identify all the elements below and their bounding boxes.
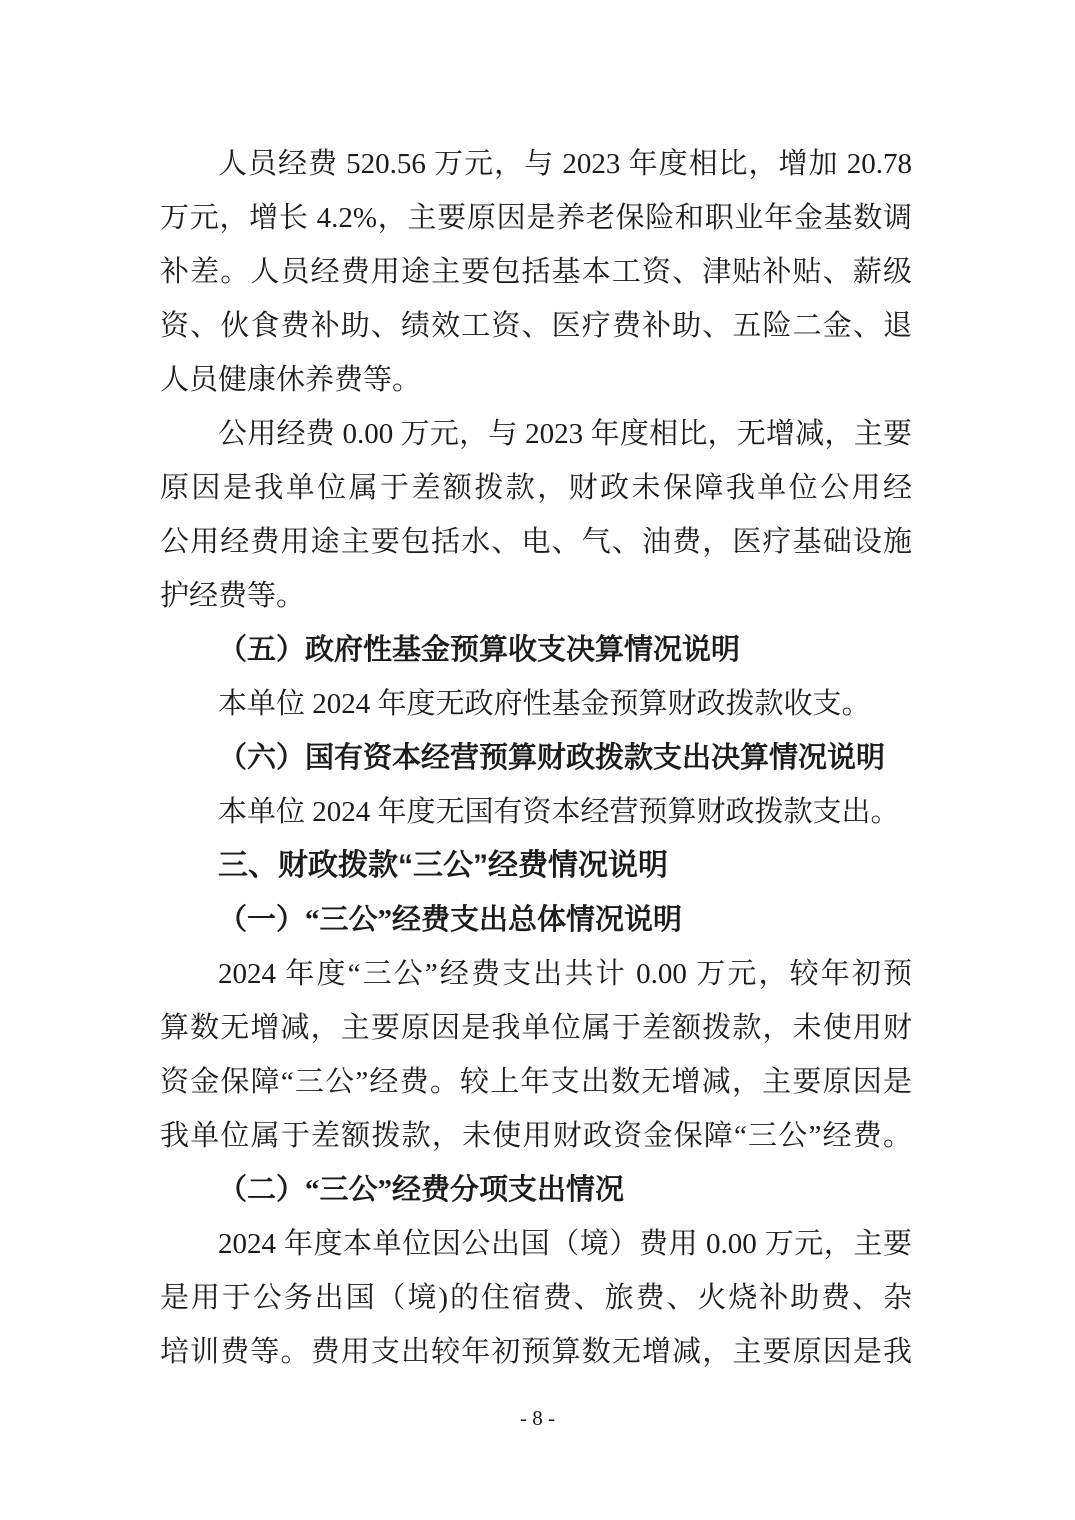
document-page: 人员经费 520.56 万元，与 2023 年度相比，增加 20.78 万元，增… bbox=[0, 0, 1075, 1520]
page-number: - 8 - bbox=[520, 1406, 555, 1430]
paragraph-line: 算数无增减，主要原因是我单位属于差额拨款，未使用财政 bbox=[160, 1001, 912, 1055]
chapter-heading-3: 三、财政拨款“三公”经费情况说明 bbox=[160, 839, 912, 893]
paragraph-line: 我单位属于差额拨款，未使用财政资金保障“三公”经费。 bbox=[160, 1109, 912, 1163]
paragraph-line: 培训费等。费用支出较年初预算数无增减，主要原因是我单 bbox=[160, 1325, 912, 1379]
paragraph-line: 本单位 2024 年度无国有资本经营预算财政拨款支出。 bbox=[160, 785, 912, 839]
paragraph-line: 本单位 2024 年度无政府性基金预算财政拨款收支。 bbox=[160, 677, 912, 731]
paragraph-line: 资金保障“三公”经费。较上年支出数无增减，主要原因是 bbox=[160, 1055, 912, 1109]
paragraph-line: 公用经费用途主要包括水、电、气、油费，医疗基础设施维 bbox=[160, 515, 912, 569]
paragraph-line: 人员健康休养费等。 bbox=[160, 353, 912, 407]
paragraph-line: 2024 年度“三公”经费支出共计 0.00 万元，较年初预 bbox=[160, 947, 912, 1001]
section-heading-2: （二）“三公”经费分项支出情况 bbox=[160, 1163, 912, 1217]
page-footer: - 8 - bbox=[0, 1398, 1075, 1438]
section-heading-5: （五）政府性基金预算收支决算情况说明 bbox=[160, 623, 912, 677]
paragraph-line: 补差。人员经费用途主要包括基本工资、津贴补贴、薪级工 bbox=[160, 245, 912, 299]
document-body: 人员经费 520.56 万元，与 2023 年度相比，增加 20.78 万元，增… bbox=[160, 137, 912, 1379]
paragraph-line: 人员经费 520.56 万元，与 2023 年度相比，增加 20.78 bbox=[160, 137, 912, 191]
paragraph-line: 公用经费 0.00 万元，与 2023 年度相比，无增减，主要 bbox=[160, 407, 912, 461]
section-heading-1: （一）“三公”经费支出总体情况说明 bbox=[160, 893, 912, 947]
paragraph-line: 是用于公务出国（境)的住宿费、旅费、火烧补助费、杂费、 bbox=[160, 1271, 912, 1325]
paragraph-line: 2024 年度本单位因公出国（境）费用 0.00 万元，主要 bbox=[160, 1217, 912, 1271]
paragraph-line: 原因是我单位属于差额拨款，财政未保障我单位公用经费。 bbox=[160, 461, 912, 515]
paragraph-line: 护经费等。 bbox=[160, 569, 912, 623]
paragraph-line: 资、伙食费补助、绩效工资、医疗费补助、五险二金、退休 bbox=[160, 299, 912, 353]
paragraph-line: 万元，增长 4.2%，主要原因是养老保险和职业年金基数调整 bbox=[160, 191, 912, 245]
section-heading-6: （六）国有资本经营预算财政拨款支出决算情况说明 bbox=[160, 731, 912, 785]
